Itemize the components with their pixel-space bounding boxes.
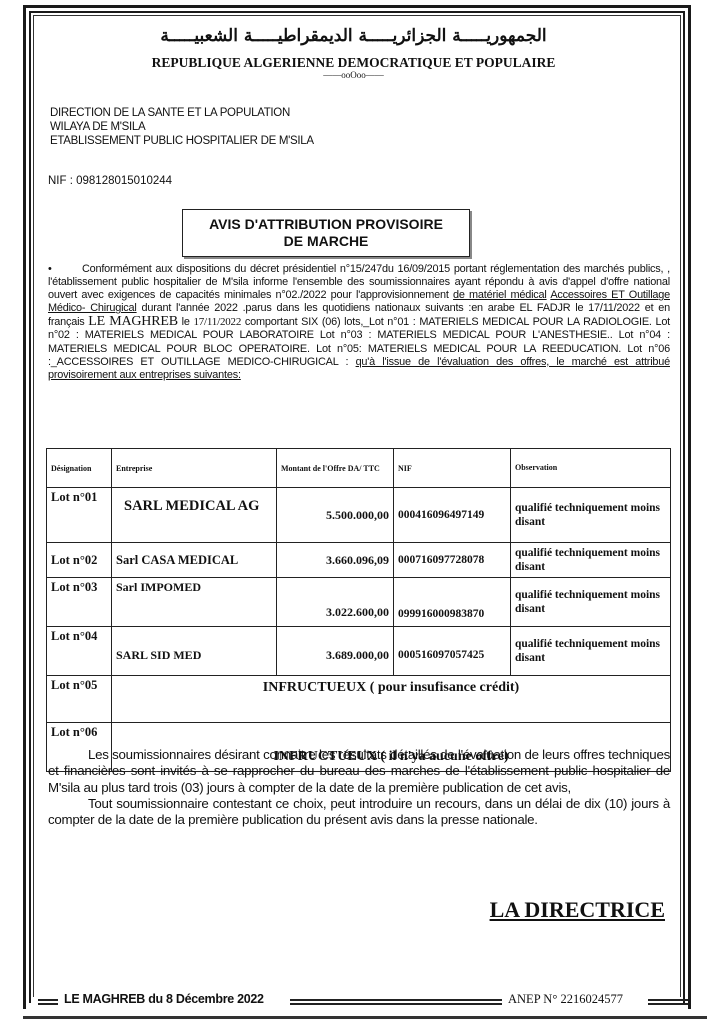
header-nif: NIF [394,449,511,488]
header-designation: Désignation [47,449,112,488]
cell-montant: 5.500.000,00 [277,488,394,543]
cell-observation: qualifié techniquement moins disant [511,578,671,627]
cell-lot: Lot n°01 [47,488,112,543]
newspaper-name: LE MAGHREB [88,314,178,329]
cell-lot: Lot n°02 [47,543,112,578]
issuer-line: DIRECTION DE LA SANTE ET LA POPULATION [50,106,314,120]
cell-entreprise: SARL SID MED [112,627,277,676]
notice-title-box: AVIS D'ATTRIBUTION PROVISOIRE DE MARCHE [182,209,470,257]
cell-entreprise: Sarl IMPOMED [112,578,277,627]
cell-entreprise: SARL MEDICAL AG [112,488,277,543]
table-row: Lot n°04 SARL SID MED 3.689.000,00 00051… [47,627,671,676]
closing-paragraph-appeal: Tout soumissionnaire contestant ce choix… [48,796,670,829]
body-underlined-material: de matériel médical [453,289,547,301]
table-row: Lot n°05 INFRUCTUEUX ( pour insufisance … [47,676,671,723]
issuer-block: DIRECTION DE LA SANTE ET LA POPULATION W… [50,106,314,148]
table-row: Lot n°02 Sarl CASA MEDICAL 3.660.096,09 … [47,543,671,578]
bullet: • [48,263,52,275]
cell-nif: 099916000983870 [394,578,511,627]
cell-observation: qualifié techniquement moins disant [511,543,671,578]
republic-title: REPUBLIQUE ALGERIENNE DEMOCRATIQUE ET PO… [0,55,707,71]
cell-montant: 3.022.600,00 [277,578,394,627]
footer-publication: LE MAGHREB du 8 Décembre 2022 [64,992,264,1006]
publication-date: 17/11/2022 [193,316,241,328]
award-table: Désignation Entreprise Montant de l'Offr… [46,448,671,772]
issuer-line: ETABLISSEMENT PUBLIC HOSPITALIER DE M'SI… [50,134,314,148]
cell-montant: 3.689.000,00 [277,627,394,676]
notice-title-line1: AVIS D'ATTRIBUTION PROVISOIRE [183,216,469,233]
notice-title-line2: DE MARCHE [183,233,469,250]
footer-anep-number: ANEP N° 2216024577 [508,992,623,1007]
title-ornament: ——ooOoo—— [0,70,707,80]
issuer-nif: NIF : 098128015010244 [48,175,172,187]
cell-observation: qualifié techniquement moins disant [511,488,671,543]
closing-paragraph-results: Les soumissionnaires désirant connaitre … [48,747,670,796]
cell-status: INFRUCTUEUX ( pour insufisance crédit) [112,676,671,723]
page-bottom-rule [23,1016,707,1019]
cell-lot: Lot n°03 [47,578,112,627]
header-montant: Montant de l'Offre DA/ TTC [277,449,394,488]
arabic-republic-title: الجمهوريـــــة الجزائريـــــة الديمقراطي… [0,26,707,46]
closing-text: Les soumissionnaires désirant connaitre … [48,747,670,828]
cell-montant: 3.660.096,09 [277,543,394,578]
cell-lot: Lot n°05 [47,676,112,723]
cell-nif: 000416096497149 [394,488,511,543]
table-row: Lot n°01 SARL MEDICAL AG 5.500.000,00 00… [47,488,671,543]
header-entreprise: Entreprise [112,449,277,488]
footer-rule-middle [290,999,502,1005]
header-observation: Observation [511,449,671,488]
signature-title: LA DIRECTRICE [490,897,665,923]
notice-body: • Conformément aux dispositions du décre… [48,263,670,382]
footer-rule-right [648,999,688,1005]
cell-observation: qualifié techniquement moins disant [511,627,671,676]
cell-nif: 000516097057425 [394,627,511,676]
cell-nif: 000716097728078 [394,543,511,578]
issuer-line: WILAYA DE M'SILA [50,120,314,134]
table-header-row: Désignation Entreprise Montant de l'Offr… [47,449,671,488]
body-part3a: le [178,316,194,328]
table-row: Lot n°03 Sarl IMPOMED 3.022.600,00 09991… [47,578,671,627]
cell-entreprise: Sarl CASA MEDICAL [112,543,277,578]
cell-lot: Lot n°04 [47,627,112,676]
footer-rule-left [38,999,58,1005]
